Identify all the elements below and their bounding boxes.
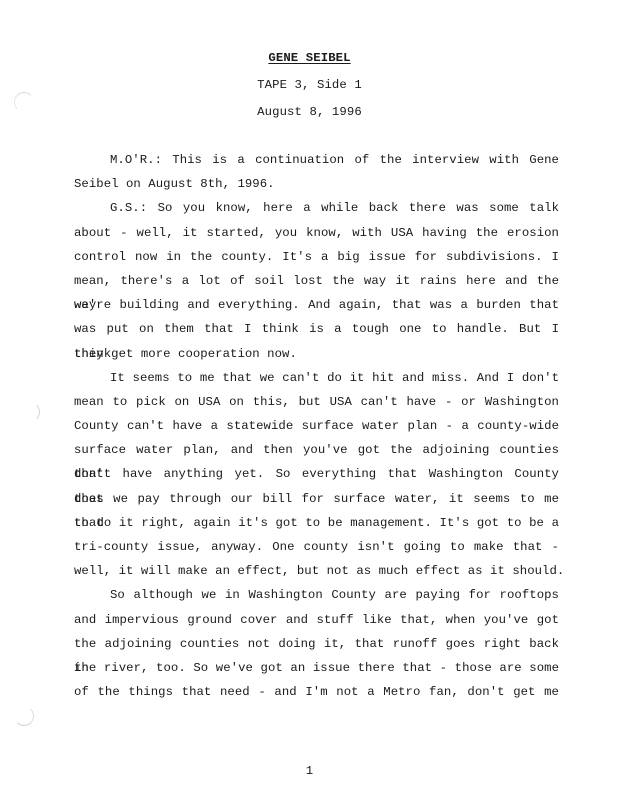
transcript-line: surface water plan, and then you've got … [74,438,559,462]
transcript-line: to do it right, again it's got to be man… [74,511,559,535]
transcript-line: that we pay through our bill for surface… [74,487,559,511]
transcript-line: mean to pick on USA on this, but USA can… [74,390,559,414]
transcript-line: control now in the county. It's a big is… [74,245,559,269]
transcript-line: don't have anything yet. So everything t… [74,462,559,486]
transcript-line: County can't have a statewide surface wa… [74,414,559,438]
interview-date: August 8, 1996 [0,105,619,119]
transcript-body: M.O'R.: This is a continuation of the in… [74,148,559,704]
transcript-line: M.O'R.: This is a continuation of the in… [74,148,559,172]
transcript-line: about - well, it started, you know, with… [74,221,559,245]
hole-punch-mark [20,402,40,422]
transcript-line: the adjoining counties not doing it, tha… [74,632,559,656]
transcript-paragraph: M.O'R.: This is a continuation of the in… [74,148,559,196]
transcript-paragraph: G.S.: So you know, here a while back the… [74,196,559,365]
transcript-line: Seibel on August 8th, 1996. [74,172,559,196]
transcript-paragraph: It seems to me that we can't do it hit a… [74,366,559,584]
transcript-line: the river, too. So we've got an issue th… [74,656,559,680]
transcript-line: So although we in Washington County are … [74,583,559,607]
transcript-line: G.S.: So you know, here a while back the… [74,196,559,220]
transcript-line: they get more cooperation now. [74,342,559,366]
transcript-line: was put on them that I think is a tough … [74,317,559,341]
transcript-line: It seems to me that we can't do it hit a… [74,366,559,390]
transcript-line: and impervious ground cover and stuff li… [74,608,559,632]
document-title: GENE SEIBEL [0,51,619,65]
transcript-paragraph: So although we in Washington County are … [74,583,559,704]
transcript-line: well, it will make an effect, but not as… [74,559,559,583]
transcript-line: of the things that need - and I'm not a … [74,680,559,704]
transcript-line: we're building and everything. And again… [74,293,559,317]
transcript-page: GENE SEIBEL TAPE 3, Side 1 August 8, 199… [0,0,619,800]
hole-punch-mark [14,706,34,726]
transcript-line: tri-county issue, anyway. One county isn… [74,535,559,559]
transcript-line: mean, there's a lot of soil lost the way… [74,269,559,293]
tape-label: TAPE 3, Side 1 [0,78,619,92]
page-number: 1 [0,764,619,778]
